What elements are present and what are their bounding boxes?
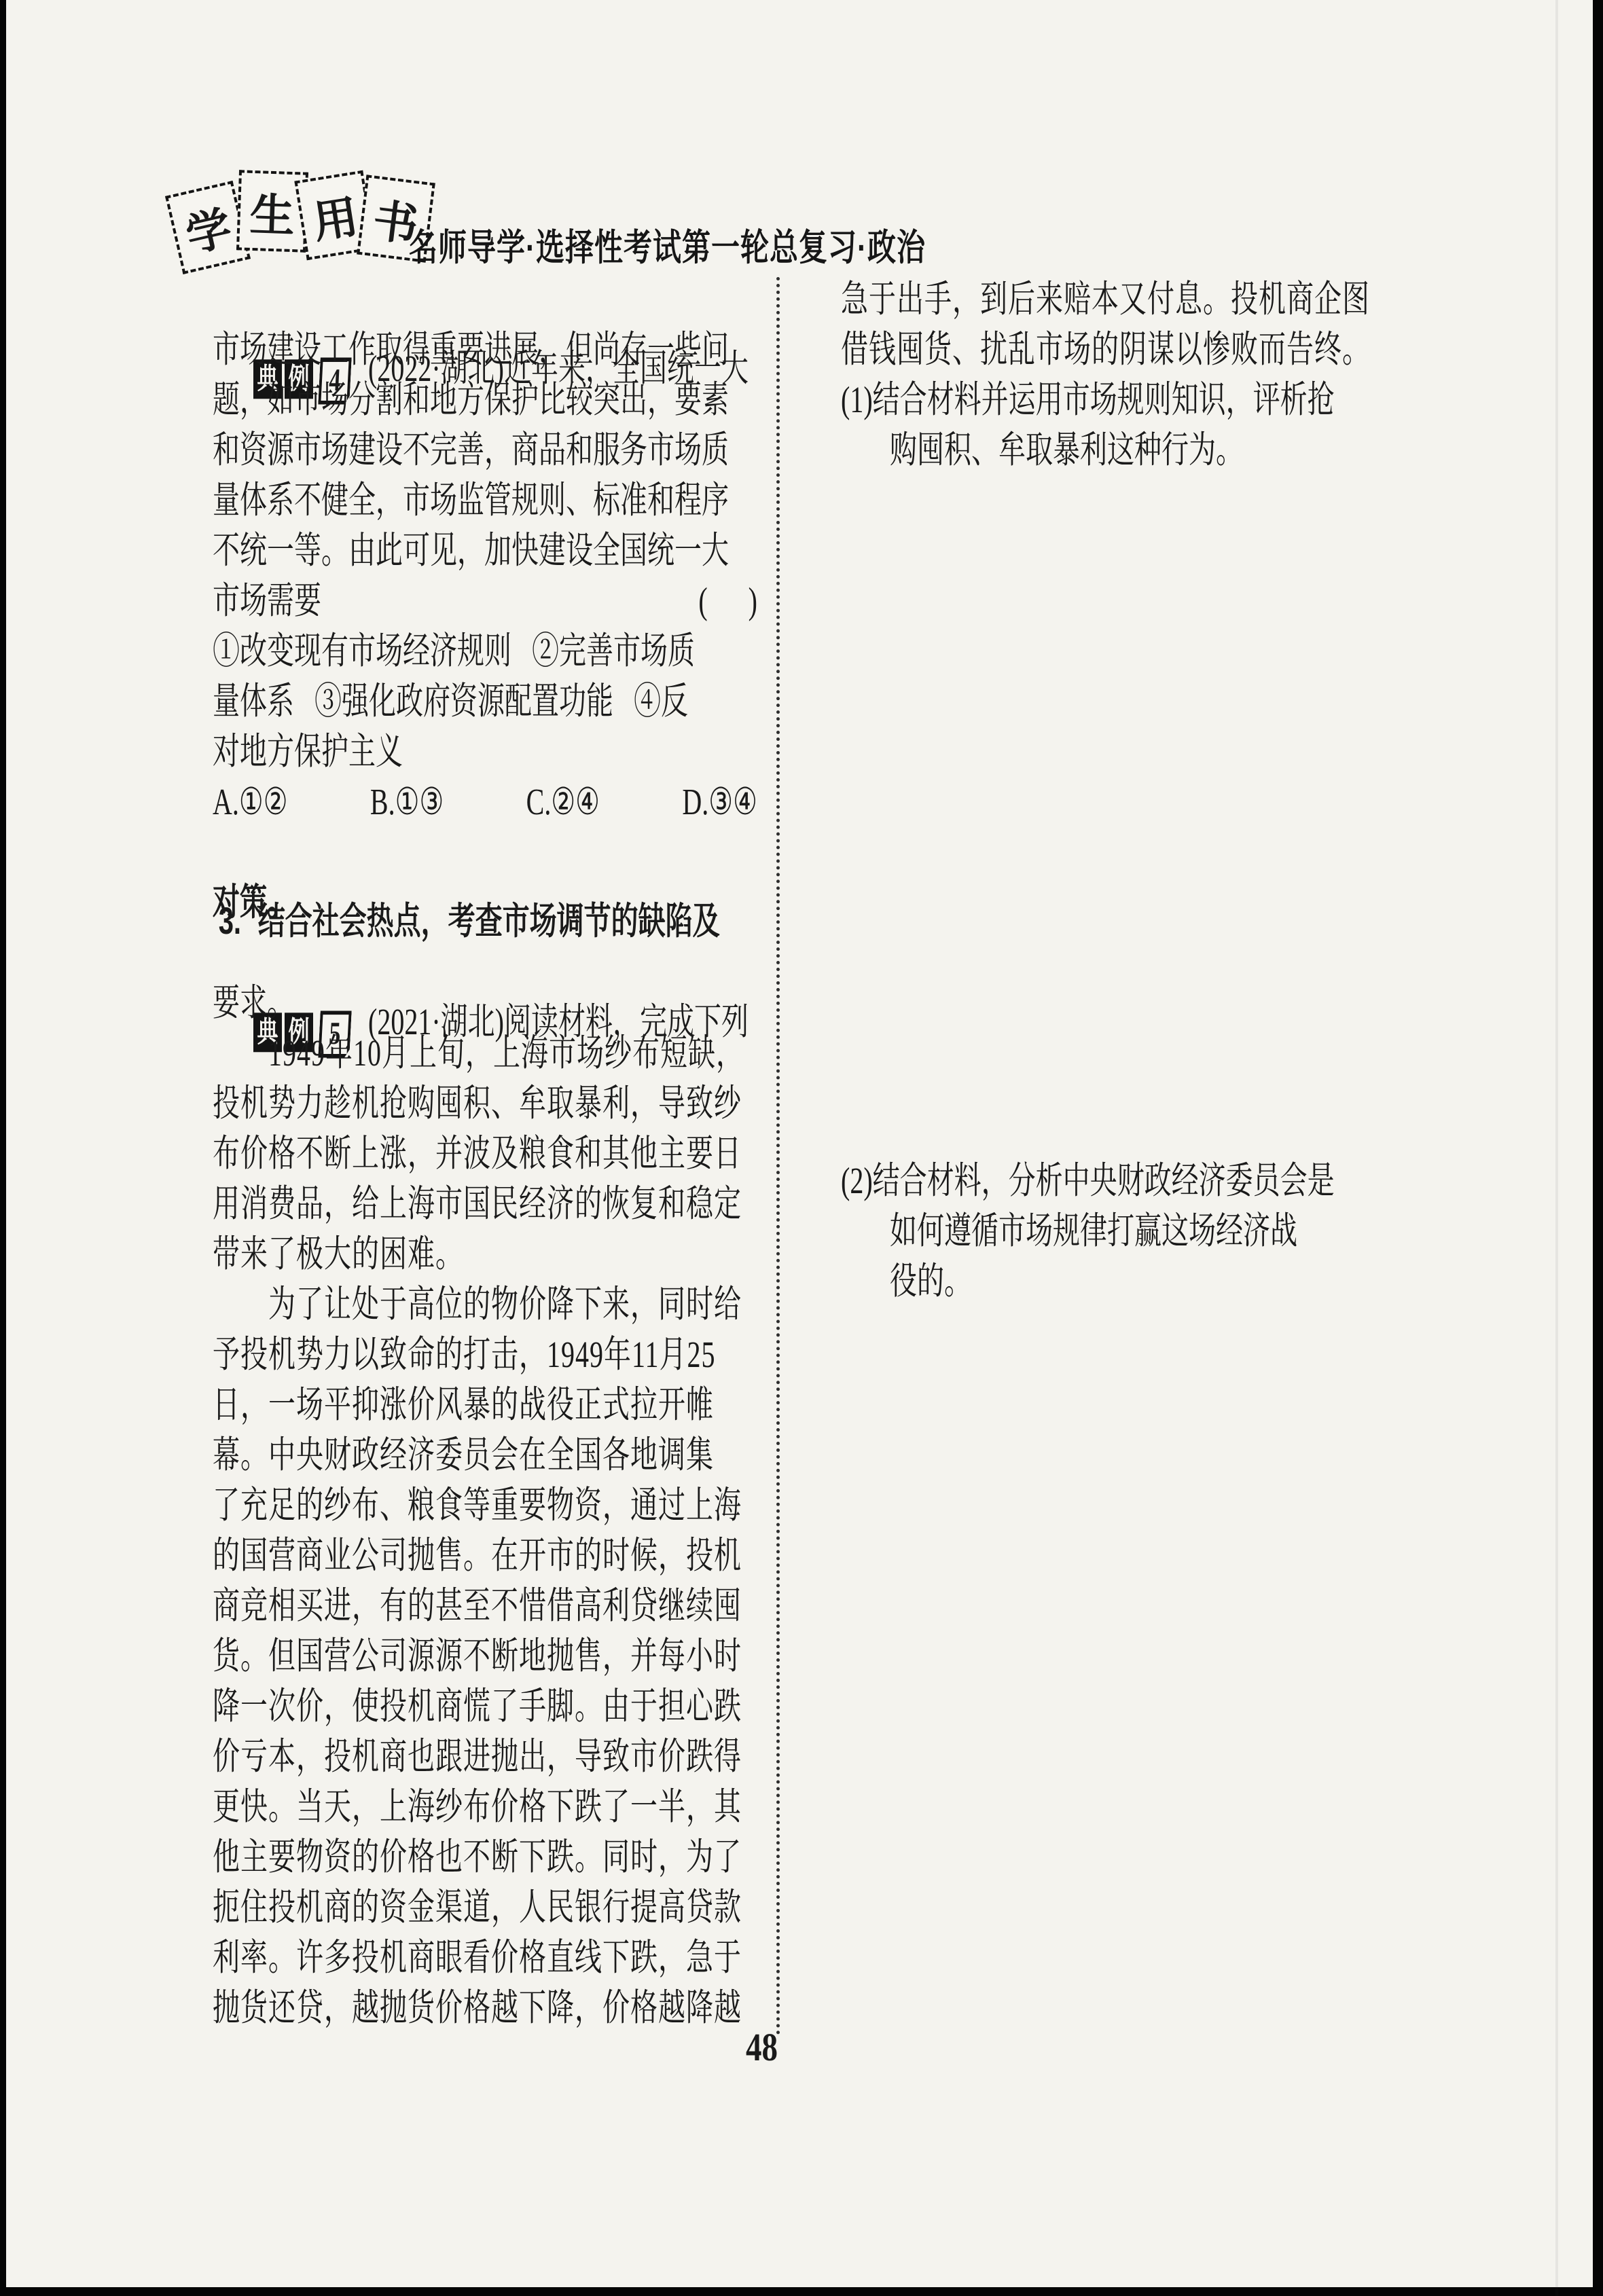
header-title: 名师导学·选择性考试第一轮总复习·政治 bbox=[409, 219, 926, 272]
scan-edge-left bbox=[0, 0, 6, 2296]
material-line: 抛货还贷，越抛货价格越下降，价格越降越 bbox=[213, 1973, 757, 2043]
answer-writing-space bbox=[841, 475, 1403, 1156]
question-2: (2)结合材料，分析中央财政经济委员会是如何遵循市场规律打赢这场经济战役的。 bbox=[841, 1156, 1403, 1307]
example4-option-lines: ①改变现有市场经济规则 ②完善市场质量体系 ③强化政府资源配置功能 ④反对地方保… bbox=[213, 626, 757, 777]
example4-stem: 市场建设工作取得重要进展，但尚存一些问题，如市场分割和地方保护比较突出，要素和资… bbox=[213, 325, 757, 576]
material-continuation: 急于出手，到后来赔本又付息。投机商企图借钱囤货、扰乱市场的阴谋以惨败而告终。 bbox=[841, 274, 1403, 375]
question-1-line: 购囤积、牟取暴利这种行为。 bbox=[841, 416, 1403, 485]
question-1: (1)结合材料并运用市场规则知识，评析抢购囤积、牟取暴利这种行为。 bbox=[841, 375, 1403, 475]
paper-crease bbox=[1555, 0, 1558, 2296]
scan-edge-right bbox=[1593, 0, 1603, 2296]
scanned-textbook-page: 学 生 用 书 名师导学·选择性考试第一轮总复习·政治 典例4(2022·湖北)… bbox=[0, 0, 1603, 2296]
column-divider bbox=[776, 277, 780, 2036]
material-paragraph-1: 1949年10月上旬，上海市场纱布短缺，投机势力趁机抢购囤积、牟取暴利，导致纱布… bbox=[213, 1028, 757, 1279]
scan-edge-bottom bbox=[0, 2287, 1603, 2296]
question-2-line: 役的。 bbox=[841, 1247, 1403, 1316]
material-paragraph-2: 为了让处于高位的物价降下来，同时给予投机势力以致命的打击，1949年11月25日… bbox=[213, 1279, 757, 2033]
page-number: 48 bbox=[746, 2024, 778, 2071]
left-column: 典例4(2022·湖北)近年来，全国统一大 市场建设工作取得重要进展，但尚存一些… bbox=[213, 274, 757, 2033]
right-column: 急于出手，到后来赔本又付息。投机商企图借钱囤货、扰乱市场的阴谋以惨败而告终。 (… bbox=[841, 274, 1403, 1307]
